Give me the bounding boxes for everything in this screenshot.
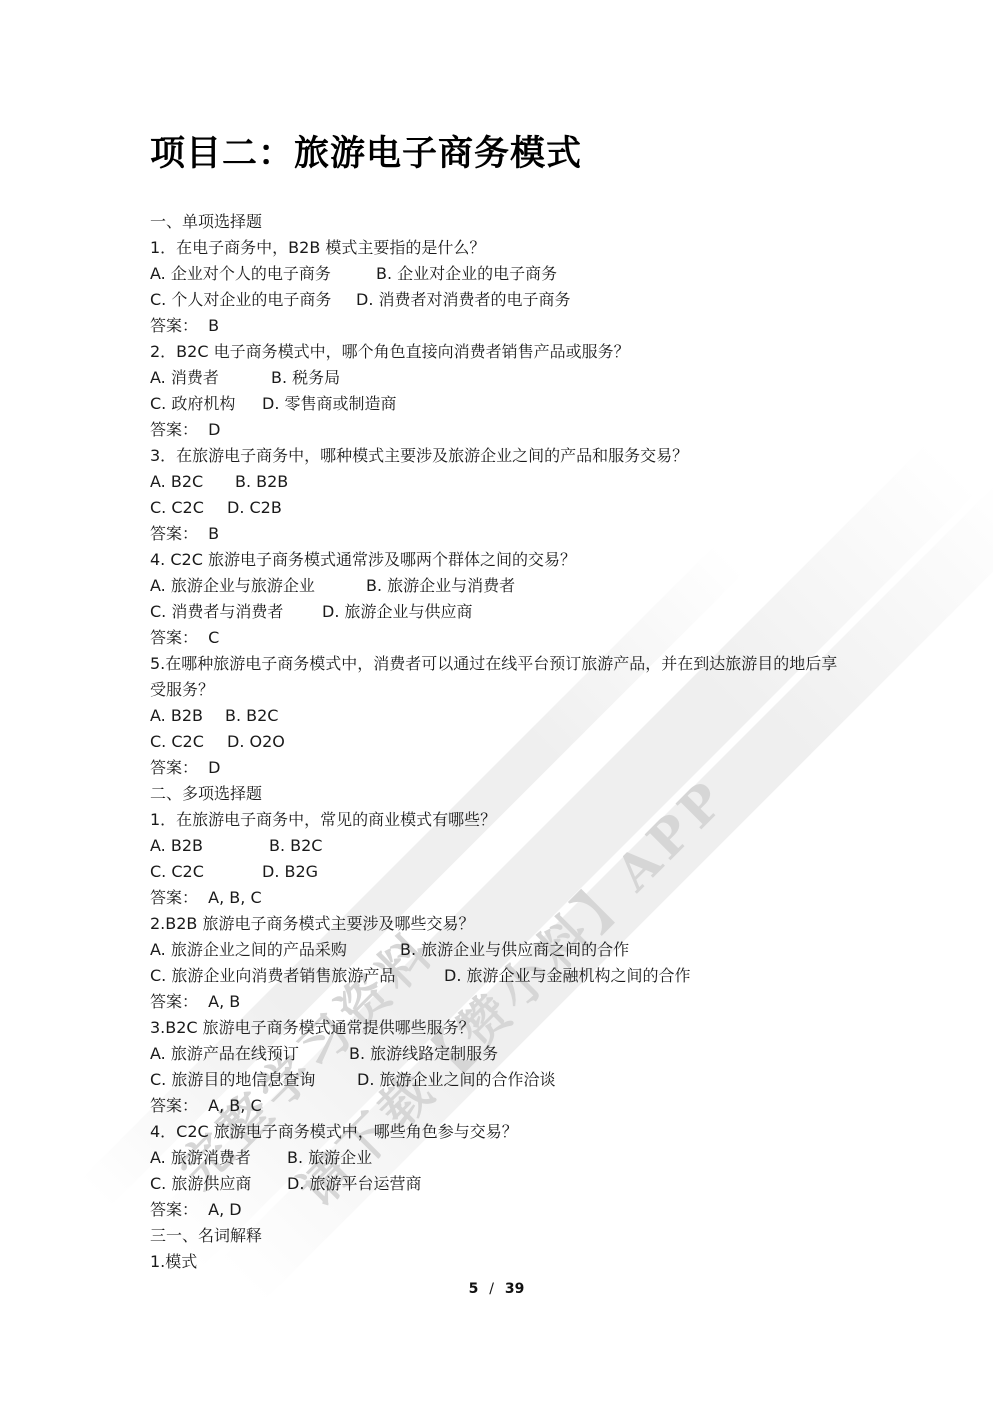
option-c: C. 旅游企业向消费者销售旅游产品 [150,963,444,989]
answer: 答案： B [150,313,870,339]
option-a: A. B2C [150,469,235,495]
option-c: C. 消费者与消费者 [150,599,322,625]
answer: 答案： A, B [150,989,870,1015]
option-b: B. 旅游企业与消费者 [366,573,515,599]
page-number: 5 / 39 [0,1281,993,1297]
question-block: 1．在旅游电子商务中，常见的商业模式有哪些？ A. B2B B. B2C C. … [150,807,870,911]
option-c: C. C2C [150,859,262,885]
option-c: C. C2C [150,729,227,755]
question-stem: 3.B2C 旅游电子商务模式通常提供哪些服务？ [150,1015,870,1041]
answer: 答案： D [150,755,870,781]
option-d: D. O2O [227,729,285,755]
option-d: D. B2G [262,859,318,885]
option-a: A. 消费者 [150,365,271,391]
options-row: C. 旅游目的地信息查询 D. 旅游企业之间的合作洽谈 [150,1067,870,1093]
answer: 答案： A, B, C [150,885,870,911]
options-row: A. B2B B. B2C [150,833,870,859]
current-page: 5 [469,1281,479,1297]
option-a: A. B2B [150,703,225,729]
options-row: A. 企业对个人的电子商务 B. 企业对企业的电子商务 [150,261,870,287]
options-row: A. 旅游消费者 B. 旅游企业 [150,1145,870,1171]
page-separator: / [489,1281,494,1297]
option-d: D. 零售商或制造商 [262,391,397,417]
question-stem: 3．在旅游电子商务中，哪种模式主要涉及旅游企业之间的产品和服务交易？ [150,443,870,469]
options-row: C. 个人对企业的电子商务 D. 消费者对消费者的电子商务 [150,287,870,313]
option-c: C. 个人对企业的电子商务 [150,287,356,313]
option-d: D. C2B [227,495,282,521]
option-d: D. 旅游企业之间的合作洽谈 [357,1067,556,1093]
option-b: B. 旅游企业 [287,1145,372,1171]
option-c: C. 旅游目的地信息查询 [150,1067,357,1093]
question-block: 5.在哪种旅游电子商务模式中，消费者可以通过在线平台预订旅游产品，并在到达旅游目… [150,651,870,781]
question-stem: 4．C2C 旅游电子商务模式中，哪些角色参与交易？ [150,1119,870,1145]
options-row: C. 旅游企业向消费者销售旅游产品 D. 旅游企业与金融机构之间的合作 [150,963,870,989]
document-page: 完整学习资料 请下载【赞小料】APP 项目二：旅游电子商务模式 一、单项选择题 … [0,0,993,1404]
total-pages: 39 [505,1281,524,1297]
option-a: A. 旅游消费者 [150,1145,287,1171]
options-row: C. C2C D. C2B [150,495,870,521]
option-d: D. 消费者对消费者的电子商务 [356,287,571,313]
option-b: B. B2C [269,833,322,859]
answer: 答案： A, D [150,1197,870,1223]
answer: 答案： C [150,625,870,651]
option-d: D. 旅游平台运营商 [287,1171,422,1197]
option-a: A. 企业对个人的电子商务 [150,261,376,287]
question-block: 4．C2C 旅游电子商务模式中，哪些角色参与交易？ A. 旅游消费者 B. 旅游… [150,1119,870,1223]
option-b: B. B2C [225,703,278,729]
option-a: A. 旅游产品在线预订 [150,1041,349,1067]
document-body: 一、单项选择题 1．在电子商务中，B2B 模式主要指的是什么？ A. 企业对个人… [150,209,870,1275]
answer: 答案： A, B, C [150,1093,870,1119]
question-block: 1．在电子商务中，B2B 模式主要指的是什么？ A. 企业对个人的电子商务 B.… [150,235,870,339]
option-a: A. 旅游企业与旅游企业 [150,573,366,599]
options-row: C. 消费者与消费者 D. 旅游企业与供应商 [150,599,870,625]
page-title: 项目二：旅游电子商务模式 [150,126,582,176]
question-stem: 2.B2B 旅游电子商务模式主要涉及哪些交易？ [150,911,870,937]
options-row: A. B2B B. B2C [150,703,870,729]
question-stem: 4. C2C 旅游电子商务模式通常涉及哪两个群体之间的交易？ [150,547,870,573]
options-row: C. 政府机构 D. 零售商或制造商 [150,391,870,417]
option-b: B. B2B [235,469,288,495]
question-block: 4. C2C 旅游电子商务模式通常涉及哪两个群体之间的交易？ A. 旅游企业与旅… [150,547,870,651]
question-stem: 5.在哪种旅游电子商务模式中，消费者可以通过在线平台预订旅游产品，并在到达旅游目… [150,651,850,703]
section-heading-term-definition: 三一、名词解释 [150,1223,870,1249]
section-heading-multiple-choice: 二、多项选择题 [150,781,870,807]
options-row: A. 消费者 B. 税务局 [150,365,870,391]
option-a: A. B2B [150,833,269,859]
question-stem: 1．在旅游电子商务中，常见的商业模式有哪些？ [150,807,870,833]
option-d: D. 旅游企业与供应商 [322,599,473,625]
option-c: C. C2C [150,495,227,521]
options-row: C. C2C D. B2G [150,859,870,885]
question-stem: 1．在电子商务中，B2B 模式主要指的是什么？ [150,235,870,261]
option-d: D. 旅游企业与金融机构之间的合作 [444,963,691,989]
option-b: B. 税务局 [271,365,340,391]
options-row: C. 旅游供应商 D. 旅游平台运营商 [150,1171,870,1197]
question-stem: 2．B2C 电子商务模式中，哪个角色直接向消费者销售产品或服务？ [150,339,870,365]
question-block: 2．B2C 电子商务模式中，哪个角色直接向消费者销售产品或服务？ A. 消费者 … [150,339,870,443]
option-b: B. 旅游企业与供应商之间的合作 [400,937,629,963]
options-row: A. B2C B. B2B [150,469,870,495]
option-c: C. 旅游供应商 [150,1171,287,1197]
question-block: 3.B2C 旅游电子商务模式通常提供哪些服务？ A. 旅游产品在线预订 B. 旅… [150,1015,870,1119]
term-item: 1.模式 [150,1249,870,1275]
option-c: C. 政府机构 [150,391,262,417]
options-row: C. C2C D. O2O [150,729,870,755]
option-b: B. 企业对企业的电子商务 [376,261,557,287]
answer: 答案： D [150,417,870,443]
question-block: 3．在旅游电子商务中，哪种模式主要涉及旅游企业之间的产品和服务交易？ A. B2… [150,443,870,547]
answer: 答案： B [150,521,870,547]
section-heading-single-choice: 一、单项选择题 [150,209,870,235]
option-a: A. 旅游企业之间的产品采购 [150,937,400,963]
options-row: A. 旅游产品在线预订 B. 旅游线路定制服务 [150,1041,870,1067]
option-b: B. 旅游线路定制服务 [349,1041,498,1067]
options-row: A. 旅游企业与旅游企业 B. 旅游企业与消费者 [150,573,870,599]
options-row: A. 旅游企业之间的产品采购 B. 旅游企业与供应商之间的合作 [150,937,870,963]
question-block: 2.B2B 旅游电子商务模式主要涉及哪些交易？ A. 旅游企业之间的产品采购 B… [150,911,870,1015]
